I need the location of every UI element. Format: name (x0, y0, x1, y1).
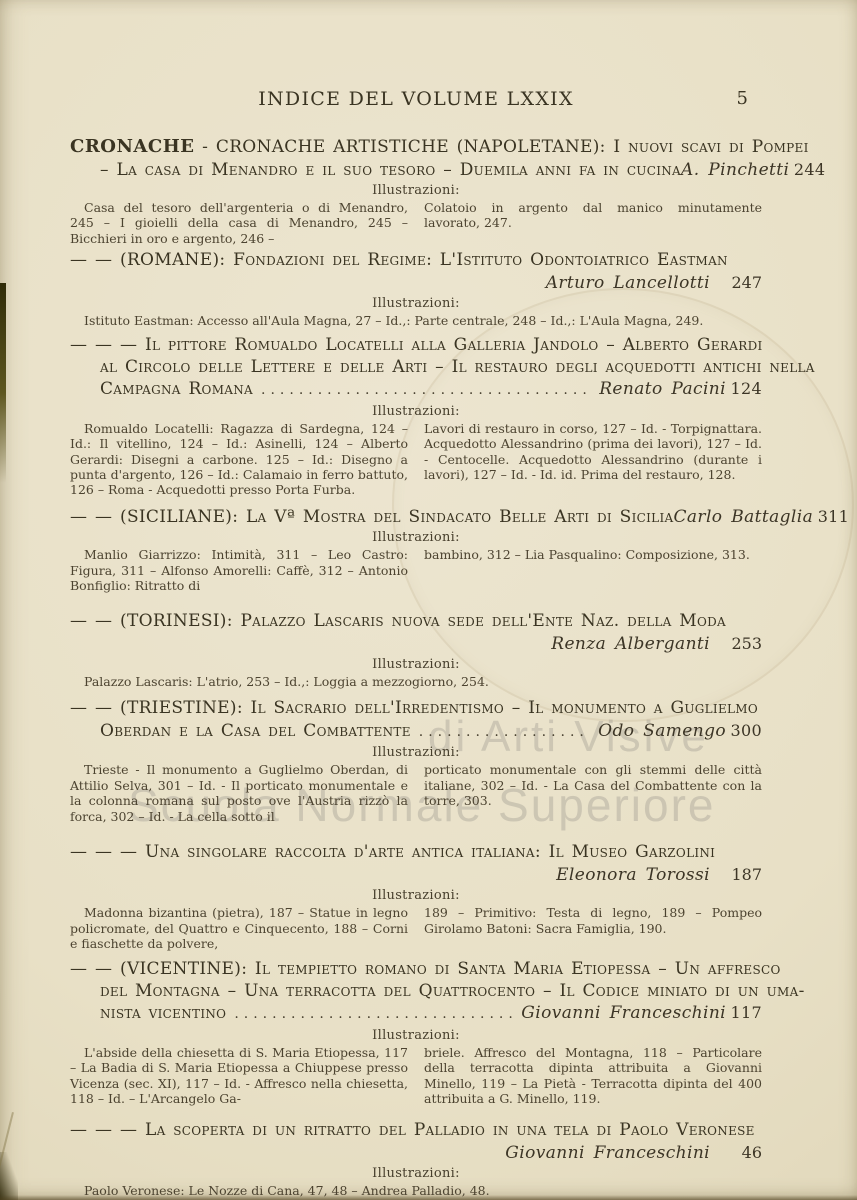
section-heading-line: — — (VICENTINE): Il tempietto romano di … (70, 959, 762, 981)
section-heading-text: nista vicentino (100, 1003, 226, 1025)
author-name: Carlo Battaglia (673, 507, 813, 529)
illustration-captions: L'abside della chiesetta di S. Maria Eti… (70, 1045, 762, 1107)
illustration-captions: Madonna bizantina (pietra), 187 – Statue… (70, 905, 762, 951)
section-heading-text: — — (SICILIANE): La Vª Mostra del Sindac… (70, 507, 673, 529)
rubric-label: CRONACHE (70, 136, 194, 157)
caption-right: Lavori di restauro in corso, 127 – Id. -… (424, 421, 762, 498)
section-heading-line: del Montagna – Una terracotta del Quattr… (70, 981, 762, 1003)
section-museo-garzolini: — — — Una singolare raccolta d'arte anti… (70, 842, 762, 951)
caption-left: Manlio Giarrizzo: Intimità, 311 – Leo Ca… (70, 547, 408, 593)
section-cronache-napoletane: CRONACHE - CRONACHE ARTISTICHE (NAPOLETA… (70, 136, 762, 246)
illustration-captions: Trieste - Il monumento a Guglielmo Oberd… (70, 762, 762, 824)
page-ref: 117 (726, 1002, 762, 1024)
page-ref: 247 (726, 272, 762, 294)
section-heading-text: – La casa di Menandro e il suo tesoro – … (100, 160, 681, 182)
section-triestine: — — (TRIESTINE): Il Sacrario dell'Irrede… (70, 698, 762, 824)
caption-right: briele. Affresco del Montagna, 118 – Par… (424, 1045, 762, 1107)
folio-number: 5 (737, 86, 748, 112)
page-header: INDICE DEL VOLUME LXXIX 5 (70, 86, 762, 112)
author-row: Arturo Lancellotti 247 (70, 272, 762, 295)
scan-artifact-left-edge (0, 283, 6, 483)
illustrations-label: Illustrazioni: (70, 404, 762, 420)
caption: Paolo Veronese: Le Nozze di Cana, 47, 48… (70, 1183, 762, 1199)
author-row: Giovanni Franceschini 46 (70, 1142, 762, 1165)
section-heading-line: al Circolo delle Lettere e delle Arti – … (70, 357, 762, 379)
section-heading-line: CRONACHE - CRONACHE ARTISTICHE (NAPOLETA… (70, 136, 762, 159)
dot-leader (261, 379, 591, 402)
illustrations-label: Illustrazioni: (70, 183, 762, 199)
section-heading-line: — — (ROMANE): Fondazioni del Regime: L'I… (70, 250, 762, 272)
illustration-captions: Romualdo Locatelli: Ragazza di Sardegna,… (70, 421, 762, 498)
illustrations-label: Illustrazioni: (70, 1166, 762, 1182)
page-content: INDICE DEL VOLUME LXXIX 5 CRONACHE - CRO… (70, 0, 762, 1199)
illustrations-label: Illustrazioni: (70, 745, 762, 761)
caption-right: Colatoio in argento dal manico minutamen… (424, 200, 762, 246)
caption-left: Madonna bizantina (pietra), 187 – Statue… (70, 905, 408, 951)
section-palladio-veronese: — — — La scoperta di un ritratto del Pal… (70, 1120, 762, 1199)
section-heading-line: — — — Una singolare raccolta d'arte anti… (70, 842, 762, 864)
caption-left: Romualdo Locatelli: Ragazza di Sardegna,… (70, 421, 408, 498)
section-heading-line: — — — La scoperta di un ritratto del Pal… (70, 1120, 762, 1142)
illustrations-label: Illustrazioni: (70, 888, 762, 904)
author-name: Eleonora Torossi (556, 865, 710, 887)
page-ref: 253 (726, 633, 762, 655)
author-name: Giovanni Franceschini (505, 1143, 710, 1165)
scan-artifact-bottom-left-corner (0, 1152, 18, 1200)
illustrations-label: Illustrazioni: (70, 1028, 762, 1044)
section-heading-line: — — (SICILIANE): La Vª Mostra del Sindac… (70, 506, 762, 529)
section-heading-text: Oberdan e la Casa del Combattente (100, 721, 411, 743)
author-name: A. Pinchetti (681, 160, 789, 182)
page-ref: 124 (726, 378, 762, 400)
author-name: Odo Samengo (598, 721, 726, 743)
section-romane: — — (ROMANE): Fondazioni del Regime: L'I… (70, 250, 762, 329)
section-heading-line: nista vicentino Giovanni Franceschini 11… (70, 1002, 762, 1026)
section-heading-line: – La casa di Menandro e il suo tesoro – … (70, 159, 762, 182)
page-ref: 311 (813, 506, 849, 528)
section-heading-line: — — — Il pittore Romualdo Locatelli alla… (70, 335, 762, 357)
author-name: Renza Alberganti (551, 634, 710, 656)
caption-left: Casa del tesoro dell'argenteria o di Men… (70, 200, 408, 246)
page-ref: 300 (726, 720, 762, 742)
author-name: Renato Pacini (599, 379, 726, 401)
illustrations-label: Illustrazioni: (70, 296, 762, 312)
caption-left: Trieste - Il monumento a Guglielmo Oberd… (70, 762, 408, 824)
illustrations-label: Illustrazioni: (70, 657, 762, 673)
caption-right: 189 – Primitivo: Testa di legno, 189 – P… (424, 905, 762, 951)
section-vicentine: — — (VICENTINE): Il tempietto romano di … (70, 959, 762, 1106)
section-heading-line: — — (TRIESTINE): Il Sacrario dell'Irrede… (70, 698, 762, 720)
caption-left: L'abside della chiesetta di S. Maria Eti… (70, 1045, 408, 1107)
author-row: Renza Alberganti 253 (70, 633, 762, 656)
dot-leader (419, 721, 590, 744)
caption-right: porticato monumentale con gli stemmi del… (424, 762, 762, 824)
scanned-page: di Arti Visive Scuola Normale Superiore … (0, 0, 857, 1200)
caption-right: bambino, 312 – Lia Pasqualino: Composizi… (424, 547, 762, 593)
illustration-captions: Casa del tesoro dell'argenteria o di Men… (70, 200, 762, 246)
caption: Istituto Eastman: Accesso all'Aula Magna… (70, 313, 762, 329)
page-ref: 46 (726, 1142, 762, 1164)
section-heading-line: Campagna Romana Renato Pacini 124 (70, 378, 762, 402)
section-heading-line: Oberdan e la Casa del Combattente Odo Sa… (70, 720, 762, 744)
section-torinesi: — — (TORINESI): Palazzo Lascaris nuova s… (70, 611, 762, 690)
caption: Palazzo Lascaris: L'atrio, 253 – Id.,: L… (70, 674, 762, 690)
page-title: INDICE DEL VOLUME LXXIX (70, 86, 762, 112)
section-siciliane: — — (SICILIANE): La Vª Mostra del Sindac… (70, 506, 762, 594)
dot-leader (234, 1003, 513, 1026)
section-heading-text: - CRONACHE ARTISTICHE (NAPOLETANE): I nu… (194, 137, 808, 157)
section-locatelli-gerardi: — — — Il pittore Romualdo Locatelli alla… (70, 335, 762, 498)
author-row: Eleonora Torossi 187 (70, 864, 762, 887)
author-name: Arturo Lancellotti (546, 273, 710, 295)
illustrations-label: Illustrazioni: (70, 530, 762, 546)
author-name: Giovanni Franceschini (521, 1003, 726, 1025)
section-heading-line: — — (TORINESI): Palazzo Lascaris nuova s… (70, 611, 762, 633)
illustration-captions: Manlio Giarrizzo: Intimità, 311 – Leo Ca… (70, 547, 762, 593)
page-ref: 187 (726, 864, 762, 886)
page-ref: 244 (789, 159, 825, 181)
section-heading-text: Campagna Romana (100, 379, 253, 401)
